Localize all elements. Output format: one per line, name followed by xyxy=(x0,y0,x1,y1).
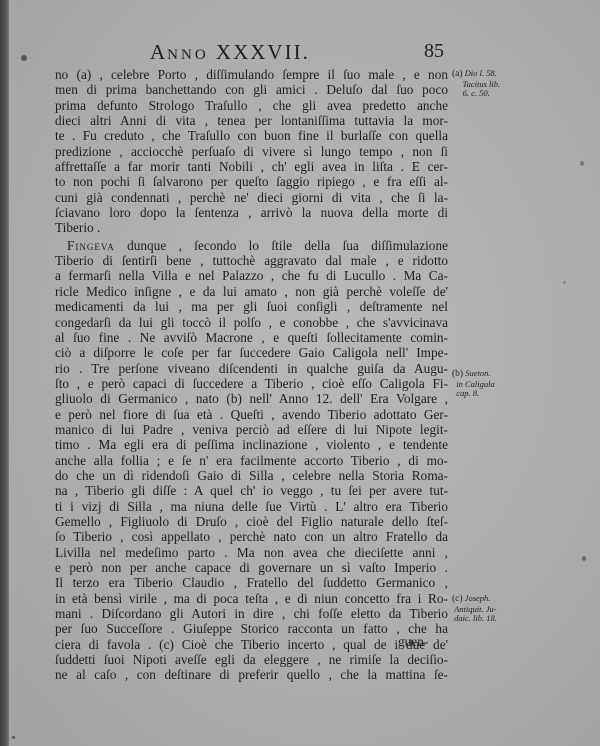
marginal-note-b: (b) Sueton. in Caligula cap. 8. xyxy=(452,369,495,399)
paper-speck xyxy=(12,736,15,739)
running-head-roman-numeral: XXXVII. xyxy=(216,40,310,64)
text-line: ti i vizj di Silla , ma niuna delle ſue … xyxy=(55,499,448,514)
text-line: congedarſi da lui gli toccò il polſo , e… xyxy=(55,315,448,330)
text-line: prima defunto Strologo Traſullo , che gl… xyxy=(55,98,448,113)
text-line: in età bensì virile , ma di poca teſta ,… xyxy=(55,591,448,606)
text-line: Il terzo era Tiberio Claudio , Fratello … xyxy=(55,575,448,590)
marginal-note-c: (c) Joseph. Antiquit. Ju- daic. lib. 18. xyxy=(452,594,497,624)
running-head: ANNO XXXVII. xyxy=(150,40,450,65)
text-line: e però non per anche capace di governare… xyxy=(55,560,448,575)
running-head-initial: A xyxy=(150,40,167,64)
text-line: al ſuo fine . Ne avviſò Macrone , e queſ… xyxy=(55,330,448,345)
text-line: ſto , e però capaci di ſuccedere a Tiber… xyxy=(55,376,448,391)
text-line: manico di lui Padre , veniva perciò ad e… xyxy=(55,422,448,437)
text-line: Gemello , Figliuolo di Druſo , cioè del … xyxy=(55,514,448,529)
text-line: do che un dì ridendoſi Gaio di Silla , c… xyxy=(55,468,448,483)
text-line: a fermarſi nella Villa e nel Palazzo , c… xyxy=(55,268,448,283)
text-line: men di prima banchettando con gli amici … xyxy=(55,82,448,97)
text-line: no (a) , celebre Porto , diſſimulando ſe… xyxy=(55,67,448,82)
text-line: cuni già condennati , perchè ne' dieci g… xyxy=(55,190,448,205)
text-line: rio . Tre perſone viveano diſcendenti in… xyxy=(55,361,448,376)
text-line: dieci altri Anni di vita , tenea per lon… xyxy=(55,113,448,128)
paragraph-2: Fingeva dunque , ſecondo lo ſtile della … xyxy=(55,238,448,683)
text-line: Fingeva dunque , ſecondo lo ſtile della … xyxy=(55,238,448,253)
text-line: ſo Tiberio , così appellato , perchè nat… xyxy=(55,529,448,544)
text-line: ſciavano loro dopo la ſentenza , arrivò … xyxy=(55,205,448,220)
text-line: Tiberio . xyxy=(55,220,448,235)
text-line: medicamenti da lui , ma per gli ſuoi con… xyxy=(55,299,448,314)
text-line: timo . Ma egli era di peſſima inclinazio… xyxy=(55,437,448,452)
paper-speck xyxy=(580,161,584,166)
paragraph-1: no (a) , celebre Porto , diſſimulando ſe… xyxy=(55,67,448,236)
paragraph-opening-word: Fingeva xyxy=(67,238,115,253)
page-number: 85 xyxy=(424,40,444,63)
text-line: per ſuo Succeſſore . Giuſeppe Storico ra… xyxy=(55,621,448,636)
text-line: to non pochi ſi ſalvarono per queſto ſag… xyxy=(55,174,448,189)
text-line: anche alla follia ; e ſe n' era facilmen… xyxy=(55,453,448,468)
paper-speck xyxy=(582,556,586,561)
text-line: predizione , acciocchè perſuaſo di viver… xyxy=(55,144,448,159)
marginal-note-a: (a) Dio l. 58. Tacitus lib. 6. c. 50. xyxy=(452,69,500,99)
main-text: no (a) , celebre Porto , diſſimulando ſe… xyxy=(55,67,448,683)
text-line: ſuddetti ſuoi Nipoti aveſſe egli da eleg… xyxy=(55,652,448,667)
text-line: na , Tiberio gli diſſe : A quel ch' io v… xyxy=(55,483,448,498)
text-line: ciò a diſporre le coſe per far ſuccedere… xyxy=(55,345,448,360)
text-line: Livilla nel medeſimo parto . Ma non avea… xyxy=(55,545,448,560)
text-line: ricle Medico inſigne , e da lui amato , … xyxy=(55,284,448,299)
text-line: ne al caſo , con deſtinare di preferir q… xyxy=(55,667,448,682)
text-line: gliuolo di Germanico , nato (b) nell' An… xyxy=(55,391,448,406)
book-spine-shadow xyxy=(0,0,9,746)
text-line: ciera di favola . (c) Cioè che Tiberio i… xyxy=(55,637,448,652)
catchword: guen- xyxy=(398,634,428,650)
paper-speck xyxy=(21,55,27,61)
paper-speck xyxy=(563,281,566,284)
text-line: affrettaſſe a far morir tanti Nobili , c… xyxy=(55,159,448,174)
running-head-smallcaps: NNO xyxy=(167,47,209,63)
text-line: mani . Diſcordano gli Autori in dire , c… xyxy=(55,606,448,621)
text-line: te . Fu creduto , che Traſullo con buon … xyxy=(55,128,448,143)
text-line: e però nel fiore di ſua età . Queſti , a… xyxy=(55,407,448,422)
text-line: Tiberio di ſentirſi bene , tuttochè aggr… xyxy=(55,253,448,268)
book-page: ANNO XXXVII. 85 no (a) , celebre Porto ,… xyxy=(0,0,600,746)
